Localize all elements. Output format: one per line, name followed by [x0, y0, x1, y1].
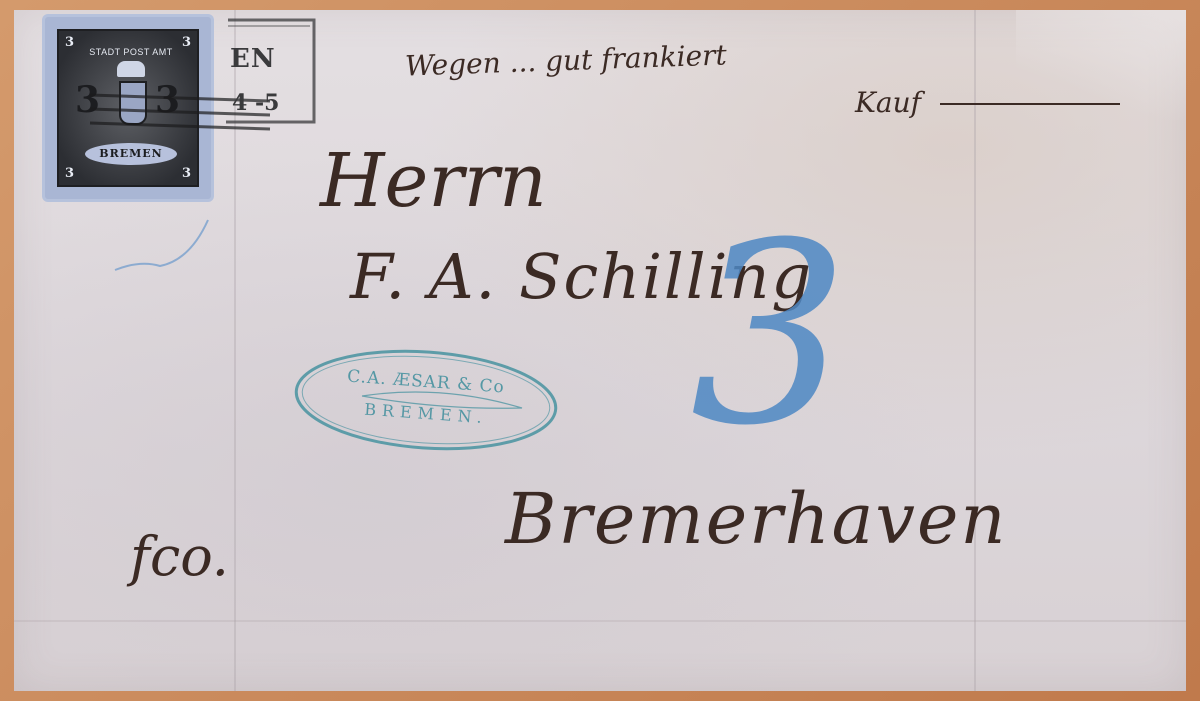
stamp-top-label: STADT POST AMT: [81, 47, 181, 57]
postmark-city: EN: [230, 44, 276, 74]
cancellation-bars: [100, 87, 240, 137]
crown-icon: [117, 61, 145, 77]
stamp-corner-value: 3: [65, 35, 74, 50]
postmark: EN 4 -5: [222, 16, 322, 126]
underline-flourish: [940, 100, 1140, 110]
stamp-name: BREMEN: [85, 143, 177, 165]
company-cachet: C.A. ÆSAR & Co BREMEN.: [292, 346, 560, 454]
stamp-corner-value: 3: [65, 166, 74, 181]
rate-mark: 3: [690, 210, 849, 460]
destination-city: Bremerhaven: [505, 478, 1007, 560]
salutation: Herrn: [320, 138, 547, 224]
stamp-corner-value: 3: [182, 166, 191, 181]
postmark-date: 4 -5: [232, 90, 279, 116]
fold-line: [14, 620, 1186, 622]
stamp-corner-value: 3: [182, 35, 191, 50]
blue-crayon-mark: [110, 200, 220, 280]
handwritten-note-line2: Kauf: [855, 86, 921, 119]
stamp-numeral: 3: [75, 79, 100, 121]
fold-line: [974, 10, 976, 691]
postage-stamp: 3 3 3 3 STADT POST AMT 3 3 BREMEN: [45, 17, 211, 199]
franking-note: fco.: [130, 525, 229, 588]
